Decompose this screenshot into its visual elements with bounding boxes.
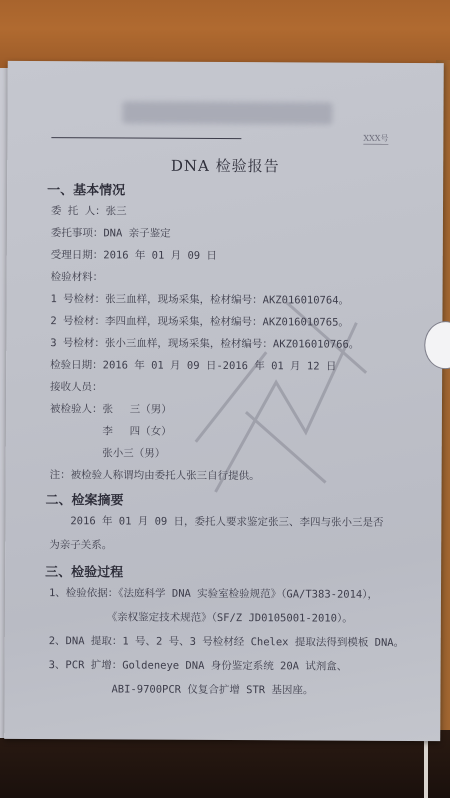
report-page: XXX号 DNA 检验报告 一、基本情况 委 托 人：张三 委托事项：DNA 亲… [4, 61, 444, 741]
header-rule [51, 137, 241, 139]
summary-line-1: 2016 年 01 月 09 日，委托人要求鉴定张三、李四与张小三是否 [49, 513, 383, 530]
note-line: 注：被检验人称谓均由委托人张三自行提供。 [50, 467, 260, 483]
redacted-institution-header [122, 101, 332, 124]
summary-line-2: 为亲子关系。 [49, 537, 112, 552]
subject-3-line: 张小三（男） [50, 445, 166, 461]
material-3-line: 3 号检材：张小三血样，现场采集，检材编号：AKZ016010766。 [50, 335, 359, 352]
accept-date-line: 受理日期：2016 年 01 月 09 日 [51, 247, 217, 263]
commission-line: 委托事项：DNA 亲子鉴定 [51, 225, 171, 241]
receiver-line: 接收人员： [50, 379, 103, 394]
subject-2-line: 李 四（女） [50, 423, 172, 439]
process-basis-line-2: 《亲权鉴定技术规范》（SF/Z JD0105001-2010）。 [49, 609, 353, 626]
section-heading-case-summary: 二、检案摘要 [45, 489, 123, 508]
pcr-line-1: 3、PCR 扩增：Goldeneye DNA 身份鉴定系统 20A 试剂盒、 [49, 657, 348, 674]
section-heading-test-process: 三、检验过程 [45, 561, 123, 580]
client-line: 委 托 人：张三 [51, 203, 127, 218]
section-heading-basic-info: 一、基本情况 [47, 179, 125, 198]
material-1-line: 1 号检材：张三血样，现场采集，检材编号：AKZ016010764。 [50, 291, 349, 308]
document-number: XXX号 [363, 133, 388, 145]
subject-1-line: 被检验人：张 三（男） [50, 401, 172, 417]
material-2-line: 2 号检材：李四血样，现场采集，检材编号：AKZ016010765。 [50, 313, 349, 330]
process-basis-line-1: 1、检验依据：《法庭科学 DNA 实验室检验规范》（GA/T383-2014）， [49, 585, 378, 602]
binder-hole [424, 321, 450, 369]
dna-extraction-line: 2、DNA 提取：1 号、2 号、3 号检材经 Chelex 提取法得到模板 D… [49, 633, 404, 650]
materials-label: 检验材料： [51, 269, 104, 284]
test-date-line: 检验日期：2016 年 01 月 09 日-2016 年 01 月 12 日 [50, 357, 336, 373]
pcr-line-2: ABI-9700PCR 仪复合扩增 STR 基因座。 [48, 681, 313, 697]
report-title: DNA 检验报告 [7, 154, 443, 177]
